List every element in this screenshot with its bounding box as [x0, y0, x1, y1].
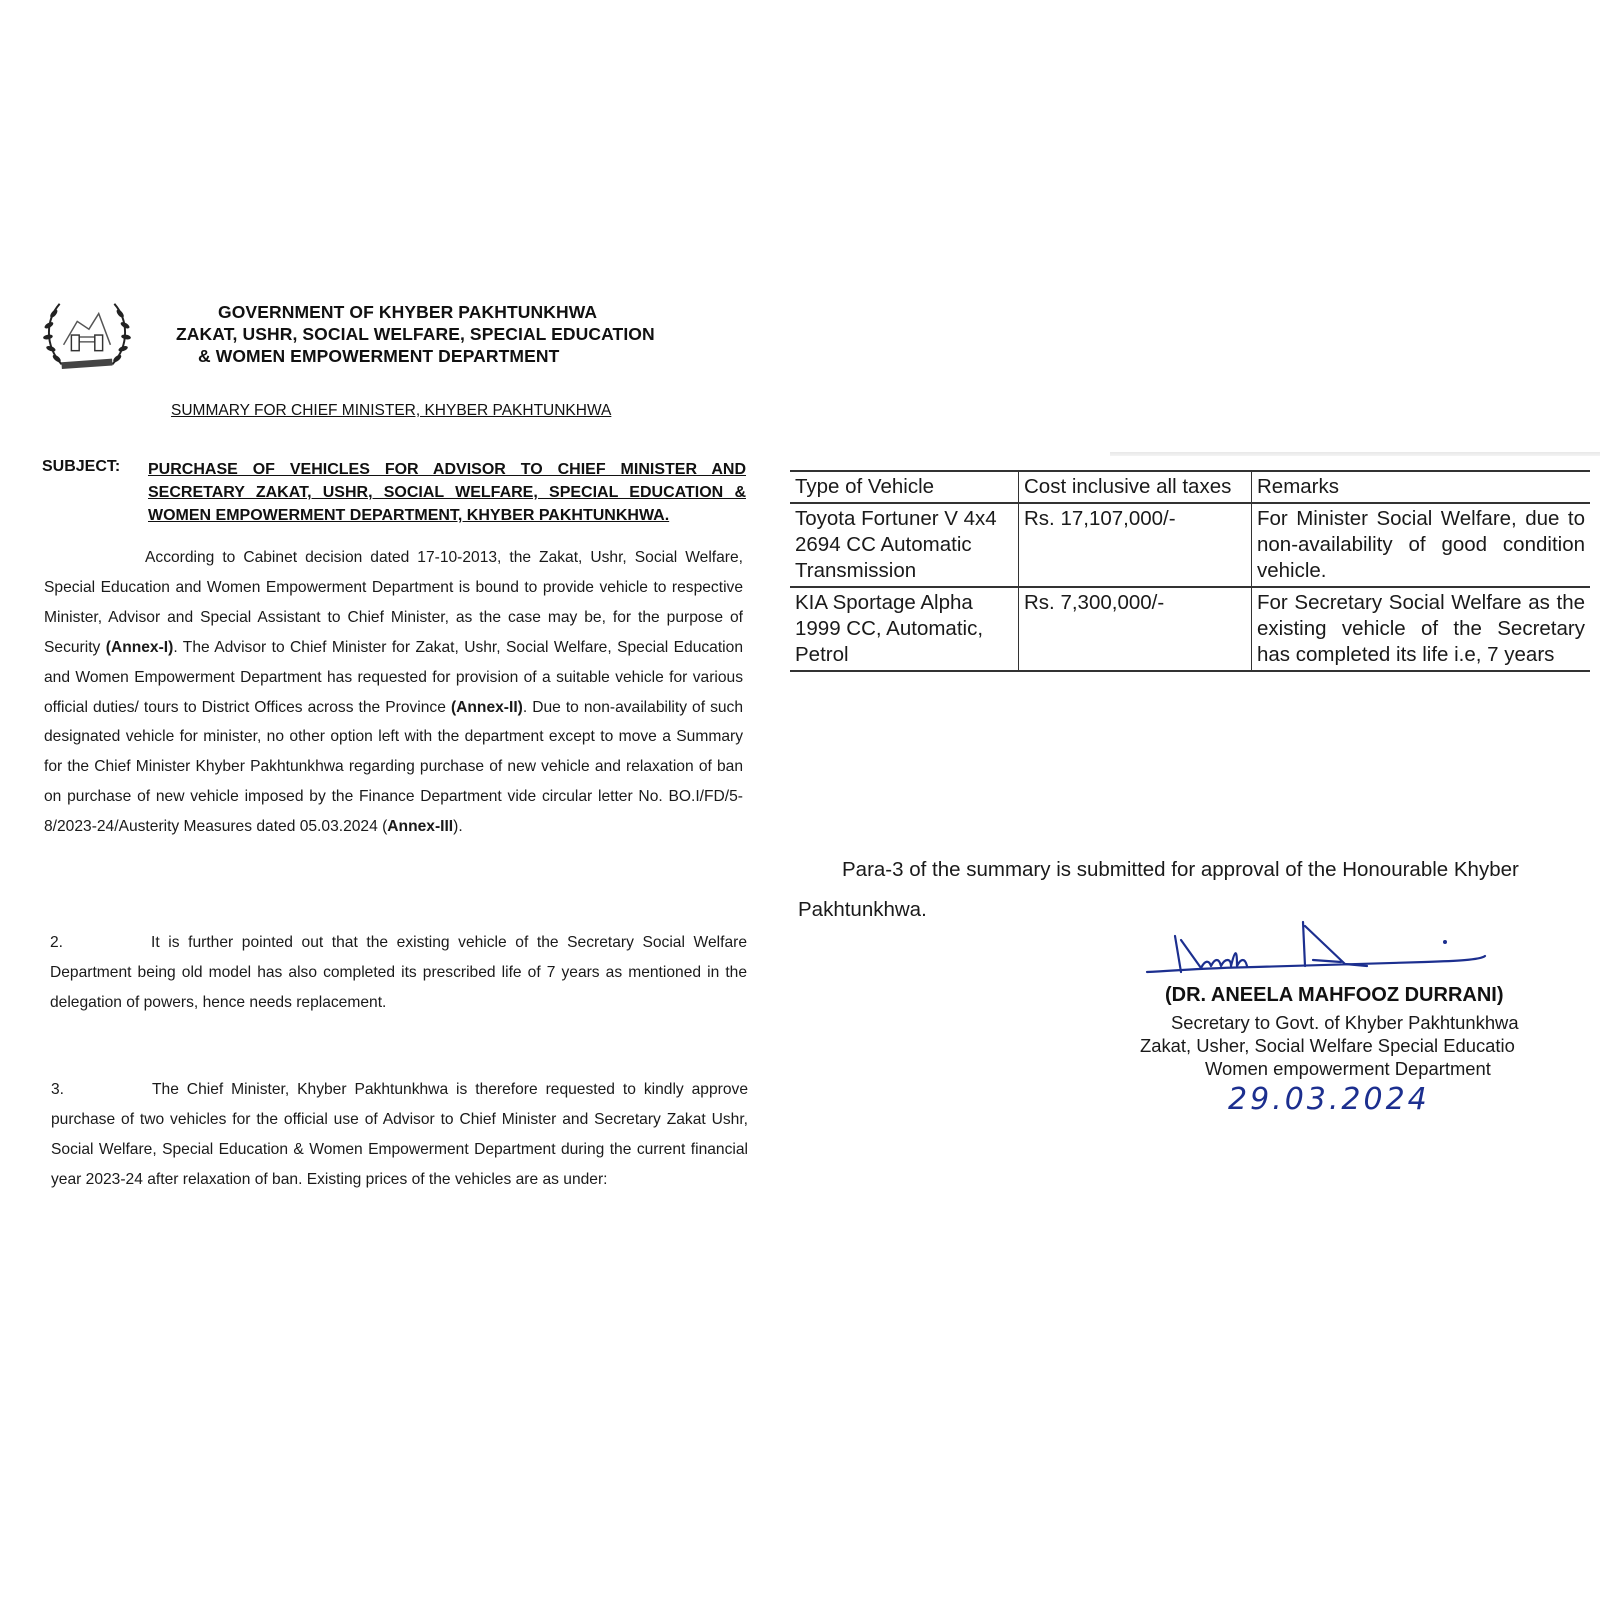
closing-text: Para-3 of the summary is submitted for a…: [798, 858, 1519, 921]
signatory-department: Zakat, Usher, Social Welfare Special Edu…: [1140, 1035, 1515, 1057]
paragraph-number: 2.: [50, 928, 151, 958]
cost-cell: Rs. 17,107,000/-: [1019, 503, 1252, 587]
paragraph-3: 3.The Chief Minister, Khyber Pakhtunkhwa…: [51, 1075, 748, 1195]
column-header-vehicle: Type of Vehicle: [790, 471, 1019, 503]
handwritten-date: 29.03.2024: [1228, 1082, 1430, 1117]
vehicle-price-table: Type of Vehicle Cost inclusive all taxes…: [790, 470, 1590, 672]
paragraph-2: 2.It is further pointed out that the exi…: [50, 928, 747, 1018]
signatory-department-cont: Women empowerment Department: [1205, 1058, 1491, 1080]
subject-label: SUBJECT:: [42, 458, 120, 476]
paragraph-1-text: ).: [453, 818, 463, 835]
signatory-title: Secretary to Govt. of Khyber Pakhtunkhwa: [1171, 1012, 1519, 1034]
header-government: GOVERNMENT OF KHYBER PAKHTUNKHWA: [218, 302, 597, 323]
annex-3-ref: Annex-III: [387, 818, 453, 835]
handwritten-signature-icon: [1145, 920, 1495, 982]
vehicle-cell: Toyota Fortuner V 4x4 2694 CC Automatic …: [790, 503, 1019, 587]
government-emblem-icon: [38, 296, 136, 378]
paragraph-1-text: . Due to non-availability of such design…: [44, 699, 743, 836]
paragraph-number: 3.: [51, 1075, 152, 1105]
summary-title: SUMMARY FOR CHIEF MINISTER, KHYBER PAKHT…: [171, 402, 611, 420]
paragraph-2-text: It is further pointed out that the exist…: [50, 934, 747, 1011]
scan-artifact: [1110, 452, 1600, 456]
vehicle-cell: KIA Sportage Alpha 1999 CC, Automatic, P…: [790, 587, 1019, 671]
summary-page-2: Type of Vehicle Cost inclusive all taxes…: [780, 0, 1600, 1600]
column-header-remarks: Remarks: [1252, 471, 1591, 503]
annex-2-ref: (Annex-II): [451, 699, 523, 716]
signatory-name: (DR. ANEELA MAHFOOZ DURRANI): [1165, 984, 1504, 1007]
remarks-cell: For Minister Social Welfare, due to non-…: [1252, 503, 1591, 587]
header-department-cont: & WOMEN EMPOWERMENT DEPARTMENT: [198, 346, 559, 367]
header-department: ZAKAT, USHR, SOCIAL WELFARE, SPECIAL EDU…: [176, 324, 655, 345]
annex-1-ref: (Annex-I): [106, 639, 174, 656]
table-header-row: Type of Vehicle Cost inclusive all taxes…: [790, 471, 1590, 503]
paragraph-3-text: The Chief Minister, Khyber Pakhtunkhwa i…: [51, 1081, 748, 1188]
table-row: KIA Sportage Alpha 1999 CC, Automatic, P…: [790, 587, 1590, 671]
subject-text: PURCHASE OF VEHICLES FOR ADVISOR TO CHIE…: [148, 458, 746, 527]
table-row: Toyota Fortuner V 4x4 2694 CC Automatic …: [790, 503, 1590, 587]
column-header-cost: Cost inclusive all taxes: [1019, 471, 1252, 503]
cost-cell: Rs. 7,300,000/-: [1019, 587, 1252, 671]
paragraph-1: According to Cabinet decision dated 17-1…: [44, 543, 743, 842]
closing-paragraph: Para-3 of the summary is submitted for a…: [798, 850, 1558, 930]
remarks-cell: For Secretary Social Welfare as the exis…: [1252, 587, 1591, 671]
summary-page-1: GOVERNMENT OF KHYBER PAKHTUNKHWA ZAKAT, …: [0, 0, 780, 1600]
